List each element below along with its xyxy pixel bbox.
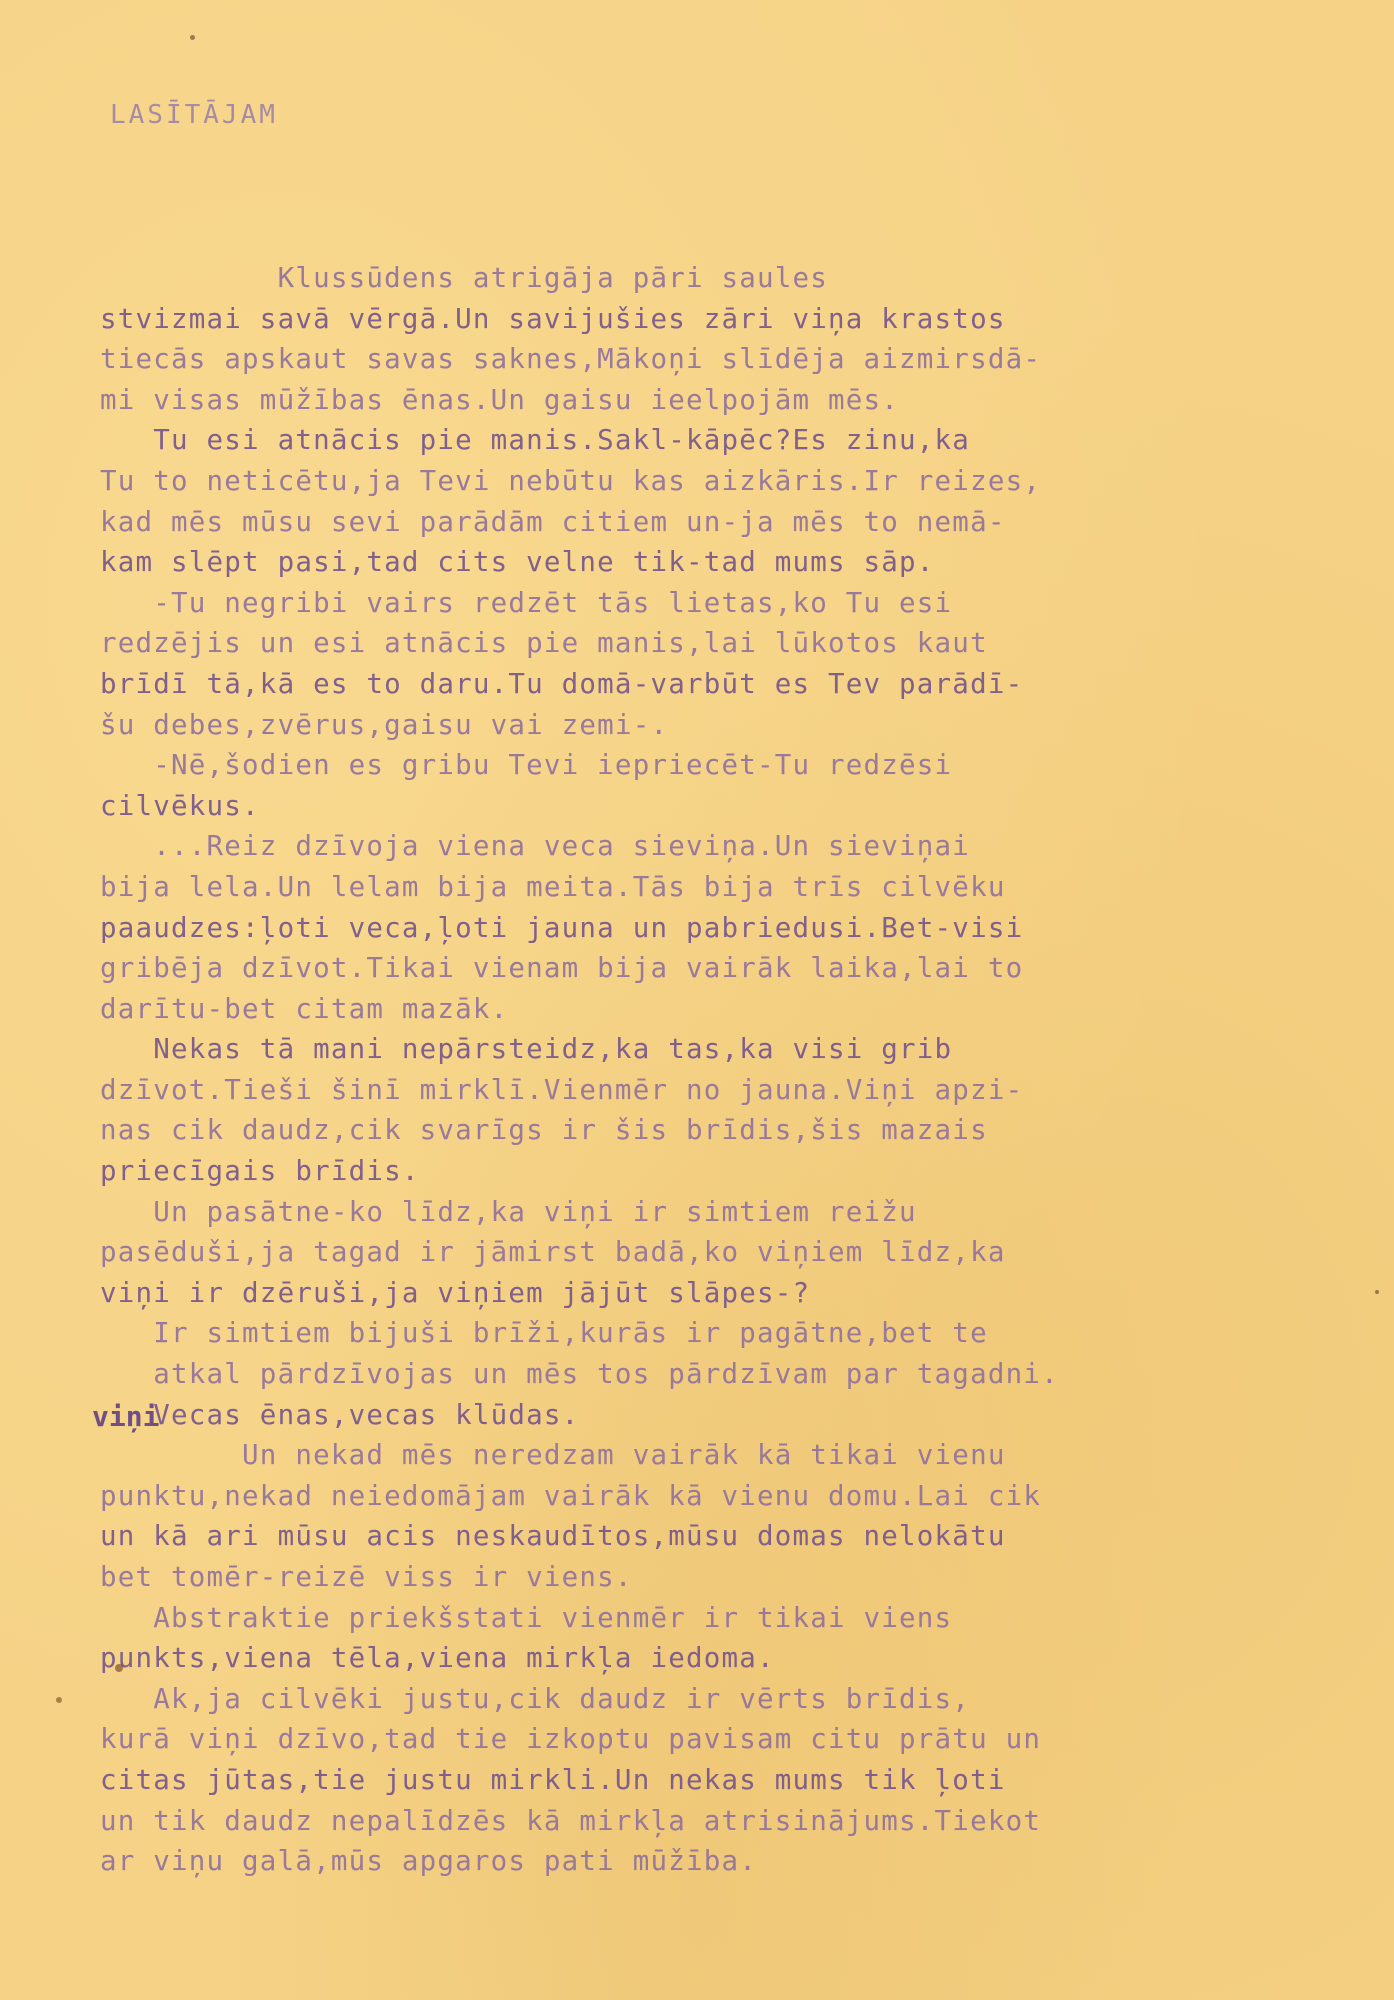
paper-speck xyxy=(190,35,195,40)
body-text: Klussūdens atrigāja pāri saulesstvizmai … xyxy=(100,258,1390,1882)
text-line: citas jūtas,tie justu mirkli.Un nekas mu… xyxy=(100,1760,1390,1801)
text-line: kad mēs mūsu sevi parādām citiem un-ja m… xyxy=(100,502,1390,543)
text-line: pasēduši,ja tagad ir jāmirst badā,ko viņ… xyxy=(100,1232,1390,1273)
text-line: un kā ari mūsu acis neskaudītos,mūsu dom… xyxy=(100,1516,1390,1557)
margin-note: viņi xyxy=(92,1400,159,1433)
text-line: Un pasātne-ko līdz,ka viņi ir simtiem re… xyxy=(100,1192,1390,1233)
text-line: brīdī tā,kā es to daru.Tu domā-varbūt es… xyxy=(100,664,1390,705)
text-line: gribēja dzīvot.Tikai vienam bija vairāk … xyxy=(100,948,1390,989)
text-line: Abstraktie priekšstati vienmēr ir tikai … xyxy=(100,1598,1390,1639)
page-heading: LASĪTĀJAM xyxy=(110,100,278,130)
text-line: paaudzes:ļoti veca,ļoti jauna un pabried… xyxy=(100,908,1390,949)
text-line: redzējis un esi atnācis pie manis,lai lū… xyxy=(100,623,1390,664)
paper-speck xyxy=(56,1697,62,1703)
text-line: Nekas tā mani nepārsteidz,ka tas,ka visi… xyxy=(100,1029,1390,1070)
text-line: stvizmai savā vērgā.Un savijušies zāri v… xyxy=(100,299,1390,340)
text-line: kam slēpt pasi,tad cits velne tik-tad mu… xyxy=(100,542,1390,583)
text-line: Ir simtiem bijuši brīži,kurās ir pagātne… xyxy=(100,1313,1390,1354)
text-line: bija lela.Un lelam bija meita.Tās bija t… xyxy=(100,867,1390,908)
text-line: priecīgais brīdis. xyxy=(100,1151,1390,1192)
text-line: un tik daudz nepalīdzēs kā mirkļa atrisi… xyxy=(100,1801,1390,1842)
text-line: šu debes,zvērus,gaisu vai zemi-. xyxy=(100,705,1390,746)
text-line: ...Reiz dzīvoja viena veca sieviņa.Un si… xyxy=(100,826,1390,867)
text-line: Un nekad mēs neredzam vairāk kā tikai vi… xyxy=(100,1435,1390,1476)
text-line: Tu to neticētu,ja Tevi nebūtu kas aizkār… xyxy=(100,461,1390,502)
text-line: Tu esi atnācis pie manis.Sakl-kāpēc?Es z… xyxy=(100,420,1390,461)
text-line: atkal pārdzīvojas un mēs tos pārdzīvam p… xyxy=(100,1354,1390,1395)
typewritten-page: LASĪTĀJAM Klussūdens atrigāja pāri saule… xyxy=(0,0,1394,2000)
text-line: ar viņu galā,mūs apgaros pati mūžība. xyxy=(100,1841,1390,1882)
text-line: bet tomēr-reizē viss ir viens. xyxy=(100,1557,1390,1598)
text-line: punkts,viena tēla,viena mirkļa iedoma. xyxy=(100,1638,1390,1679)
text-line: tiecās apskaut savas saknes,Mākoņi slīdē… xyxy=(100,339,1390,380)
paper-speck xyxy=(115,1664,123,1672)
text-line: viņi ir dzēruši,ja viņiem jājūt slāpes-? xyxy=(100,1273,1390,1314)
paper-speck xyxy=(1375,1290,1379,1294)
text-line: -Nē,šodien es gribu Tevi iepriecēt-Tu re… xyxy=(100,745,1390,786)
text-line: punktu,nekad neiedomājam vairāk kā vienu… xyxy=(100,1476,1390,1517)
text-line: cilvēkus. xyxy=(100,786,1390,827)
text-line: dzīvot.Tieši šinī mirklī.Vienmēr no jaun… xyxy=(100,1070,1390,1111)
text-line: Klussūdens atrigāja pāri saules xyxy=(100,258,1390,299)
text-line: Ak,ja cilvēki justu,cik daudz ir vērts b… xyxy=(100,1679,1390,1720)
text-line: Vecas ēnas,vecas klūdas. xyxy=(100,1395,1390,1436)
text-line: kurā viņi dzīvo,tad tie izkoptu pavisam … xyxy=(100,1719,1390,1760)
text-line: -Tu negribi vairs redzēt tās lietas,ko T… xyxy=(100,583,1390,624)
text-line: nas cik daudz,cik svarīgs ir šis brīdis,… xyxy=(100,1110,1390,1151)
text-line: darītu-bet citam mazāk. xyxy=(100,989,1390,1030)
text-line: mi visas mūžības ēnas.Un gaisu ieelpojām… xyxy=(100,380,1390,421)
